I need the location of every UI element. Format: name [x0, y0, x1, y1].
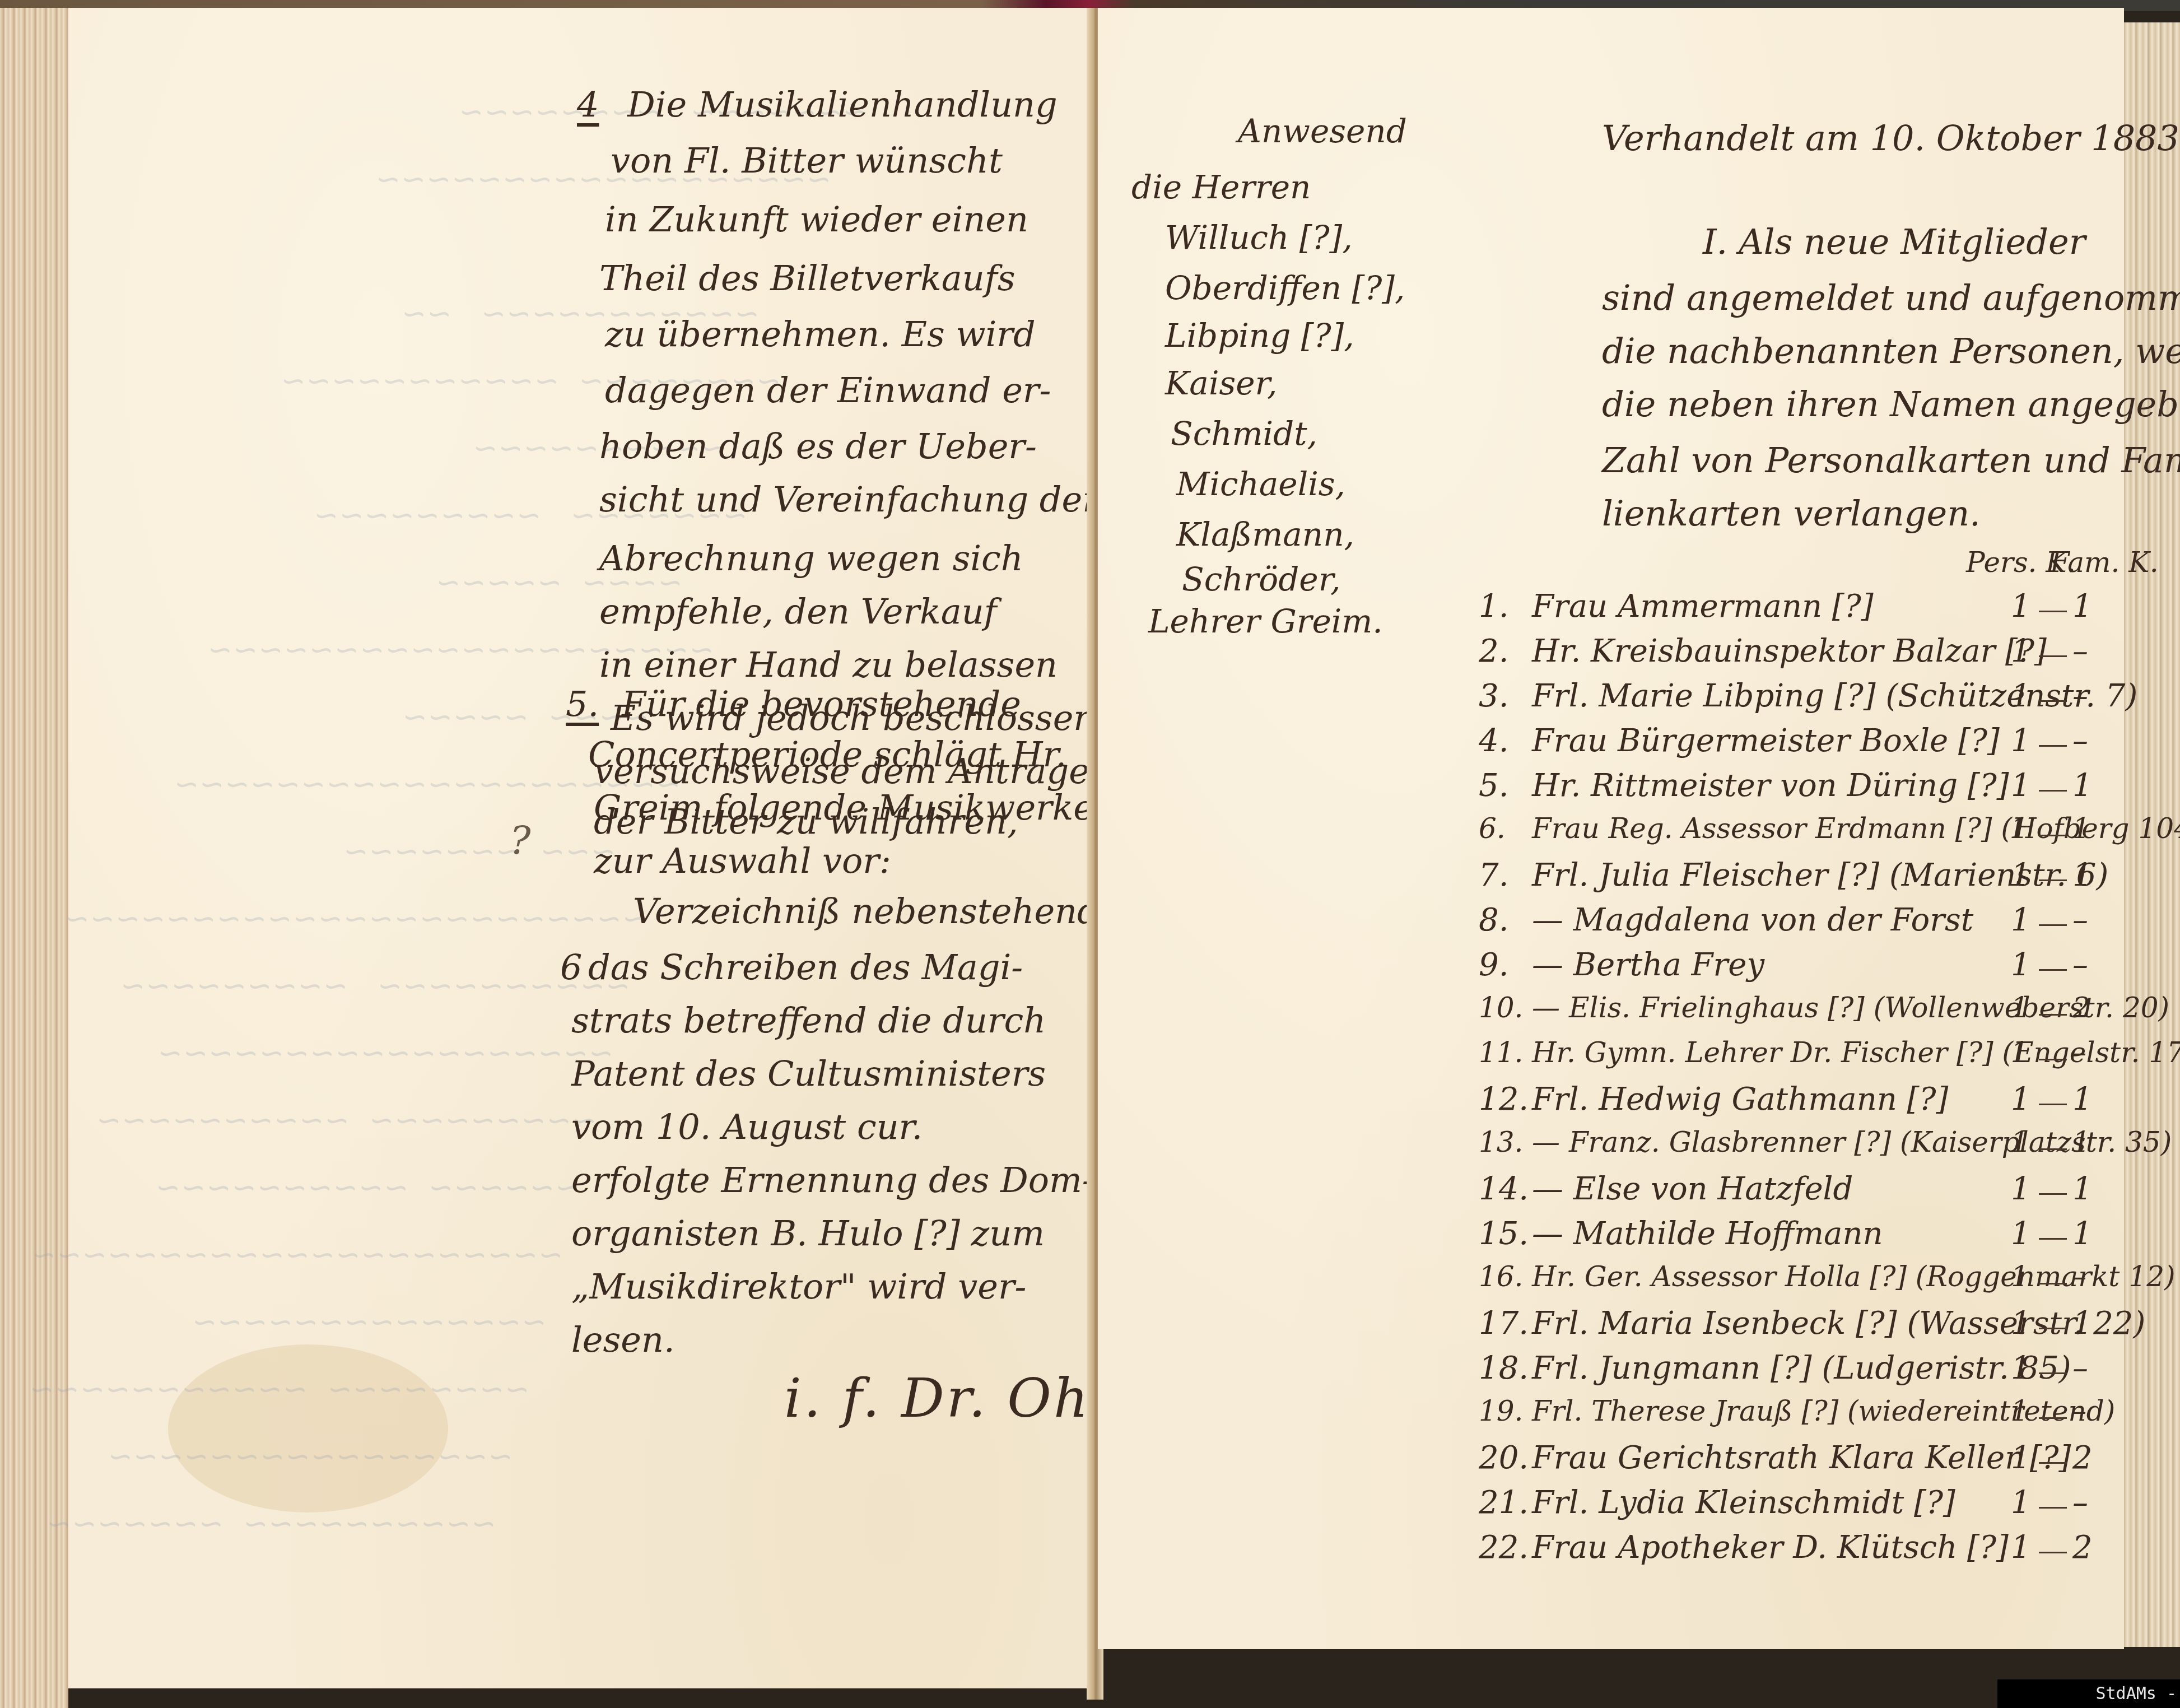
member-row: 1.Frau Ammermann [?]11: [1479, 588, 2117, 639]
member-row: 13.— Franz. Glasbrenner [?] (Kaiserplatz…: [1479, 1126, 2117, 1176]
attendee-name: Willuch [?],: [1165, 218, 1353, 257]
attendee-name: Michaelis,: [1176, 465, 1345, 503]
item-4-line: zu übernehmen. Es wird: [605, 314, 1036, 355]
attendee-name: Libping [?],: [1165, 317, 1354, 355]
item-6-number: 6: [560, 947, 582, 988]
member-row: 14.— Else von Hatzfeld11: [1479, 1171, 2117, 1221]
member-row: 6.Frau Reg. Assessor Erdmann [?] (Hofber…: [1479, 812, 2117, 863]
attendee-name: Schmidt,: [1171, 415, 1317, 453]
member-row: 15.— Mathilde Hoffmann11: [1479, 1216, 2117, 1266]
section-line: die neben ihren Namen angegebene: [1602, 384, 2180, 425]
margin-mark: ?: [510, 818, 531, 864]
item-6-line: das Schreiben des Magi-: [588, 947, 1023, 988]
member-row: 11.Hr. Gymn. Lehrer Dr. Fischer [?] (Eng…: [1479, 1036, 2117, 1087]
column-header-family: Fam. K.: [2050, 546, 2159, 579]
member-row: 16.Hr. Ger. Assessor Holla [?] (Roggenma…: [1479, 1260, 2117, 1311]
member-row: 22.Frau Apotheker D. Klütsch [?]12: [1479, 1529, 2117, 1580]
item-4-line: Die Musikalienhandlung: [627, 84, 1058, 125]
book-scan: ~~~~~~~ ~~~~~~~~ ~~~~~~~~~~~~~~~~~~ ~~~~…: [0, 0, 2180, 1708]
member-row: 4.Frau Bürgermeister Boxle [?]1–: [1479, 723, 2117, 773]
member-row: 7.Frl. Julia Fleischer [?] (Marienstr. 6…: [1479, 857, 2117, 907]
attendee-name: Schröder,: [1182, 560, 1340, 598]
item-6-line: Patent des Cultusministers: [571, 1053, 1046, 1094]
member-row: 2.Hr. Kreisbauinspektor Balzar [?]1–: [1479, 633, 2117, 683]
item-6-line: erfolgte Ernennung des Dom-: [571, 1160, 1094, 1200]
section-line: I. Als neue Mitglieder: [1703, 221, 2085, 262]
item-5-number: 5.: [566, 683, 599, 724]
item-4-line: dagegen der Einwand er-: [605, 370, 1051, 411]
item-5-line: Greim folgende Musikwerke: [594, 787, 1094, 828]
item-4-line: empfehle, den Verkauf: [599, 591, 997, 632]
member-row: 21.Frl. Lydia Kleinschmidt [?]1–: [1479, 1484, 2117, 1535]
attendance-intro: die Herren: [1131, 168, 1311, 206]
section-line: die nachbenannten Personen, welche: [1602, 331, 2180, 371]
item-4-line: in einer Hand zu belassen: [599, 644, 1058, 685]
attendance-heading: Anwesend: [1238, 112, 1407, 150]
item-4-line: sicht und Vereinfachung der: [599, 479, 1099, 520]
member-row: 9.— Bertha Frey1–: [1479, 947, 2117, 997]
item-6-line: organisten B. Hulo [?] zum: [571, 1213, 1045, 1254]
item-4-line: in Zukunft wieder einen: [605, 199, 1028, 240]
item-6-line: strats betreffend die durch: [571, 1000, 1046, 1041]
attendee-name: Lehrer Greim.: [1148, 602, 1383, 640]
item-4-line: Theil des Billetverkaufs: [599, 258, 1016, 299]
member-row: 5.Hr. Rittmeister von Düring [?]11: [1479, 767, 2117, 818]
attendee-name: Oberdiffen [?],: [1165, 269, 1405, 307]
item-5-line: Verzeichniß nebenstehend.: [633, 891, 1110, 932]
item-4-number: 4: [577, 84, 599, 125]
attendee-name: Klaßmann,: [1176, 515, 1354, 553]
member-row: 3.Frl. Marie Libping [?] (Schützenstr. 7…: [1479, 678, 2117, 728]
member-row: 19.Frl. Therese Jrauß [?] (wiedereintret…: [1479, 1395, 2117, 1445]
section-line: sind angemeldet und aufgenommen: [1602, 277, 2180, 318]
member-row: 12.Frl. Hedwig Gathmann [?]11: [1479, 1081, 2117, 1132]
item-4-line: von Fl. Bitter wünscht: [611, 140, 1003, 181]
member-row: 18.Frl. Jungmann [?] (Ludgeristr. 85)1–: [1479, 1350, 2117, 1400]
item-5-line: zur Auswahl vor:: [594, 840, 891, 881]
member-row: 10.— Elis. Frielinghaus [?] (Wollenweber…: [1479, 992, 2117, 1042]
attendee-name: Kaiser,: [1165, 364, 1277, 402]
member-row: 17.Frl. Maria Isenbeck [?] (Wasserstr. 2…: [1479, 1305, 2117, 1356]
item-4-line: hoben daß es der Ueber-: [599, 426, 1037, 467]
member-row: 8.— Magdalena von der Forst1–: [1479, 902, 2117, 952]
item-5-line: Für die bevorstehende: [622, 683, 1021, 724]
member-row: 20.Frau Gerichtsrath Klara Keller [?]12: [1479, 1440, 2117, 1490]
minutes-date-line: Verhandelt am 10. Oktober 1883.: [1602, 118, 2180, 159]
section-line: lienkarten verlangen.: [1602, 493, 1981, 534]
item-6-line: lesen.: [571, 1319, 675, 1360]
section-line: Zahl von Personalkarten und Fami-: [1602, 440, 2180, 481]
item-6-line: vom 10. August cur.: [571, 1106, 923, 1147]
item-6-line: „Musikdirektor" wird ver-: [571, 1266, 1027, 1307]
archive-reference-label: StdAMs - MV_003_253: [1997, 1679, 2180, 1708]
item-4-line: Abrechnung wegen sich: [599, 538, 1023, 579]
item-5-line: Concertperiode schlägt Hr.: [588, 734, 1066, 775]
